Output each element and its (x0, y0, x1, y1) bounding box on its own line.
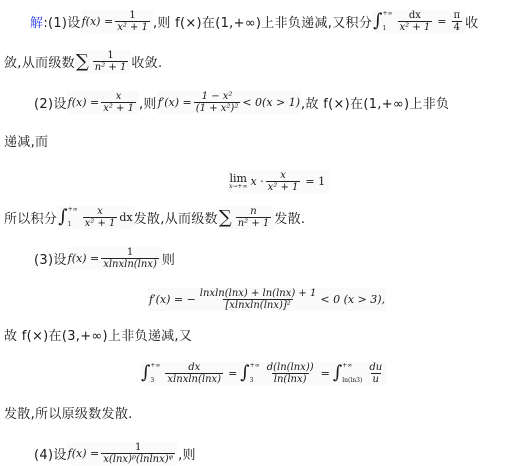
part2-limit-display: lim x→+∞ x · x x² + 1 = 1 (228, 166, 329, 196)
part1-sum-formula: ∑ 1 n² + 1 (75, 50, 131, 73)
part2-line2: 递减,而 (4, 128, 48, 152)
sum-icon: ∑ (219, 207, 232, 228)
part2-line1: (2)设 f(x) = x x² + 1 ,则 f′(x) = 1 − x² (… (34, 86, 449, 118)
part4-fx-formula: f(x) = 1 x(lnx)ᵖ(lnlnx)ᵠ (67, 442, 178, 465)
part3-line3: 故 f(×)在(3,+∞)上非负递减,又 (4, 322, 192, 346)
part2-sum-formula: ∑ n n² + 1 (218, 206, 274, 229)
integral-icon: ∫ (58, 208, 67, 226)
part3-fx-formula: f(x) = 1 xlnxln(lnx) (67, 247, 162, 270)
integral-icon: ∫ (141, 364, 150, 382)
part1-fx-formula: f(x) = 1 x² + 1 (81, 10, 153, 33)
integral-icon: ∫ (240, 364, 249, 382)
part3-integral-chain: ∫ +∞ 3 dx xlnxln(lnx) = ∫ +∞ 3 d(ln(lnx)… (140, 358, 387, 388)
integral-icon: ∫ (333, 364, 342, 382)
part1-line1-end: 收 (465, 12, 478, 31)
part3-derivative-display: f′(x) = − lnxln(lnx) + ln(lnx) + 1 [xlnx… (148, 283, 386, 315)
part1-line2: 敛,从而级数 ∑ 1 n² + 1 收敛. (4, 46, 162, 76)
part2-fx-formula: f(x) = x x² + 1 (67, 91, 139, 114)
solution-label: 解 (30, 12, 43, 31)
part3-line1: (3)设 f(x) = 1 xlnxln(lnx) 则 (34, 243, 175, 273)
sum-icon: ∑ (76, 51, 89, 72)
part3-derivative-formula: f′(x) = − lnxln(lnx) + ln(lnx) + 1 [xlnx… (148, 288, 386, 311)
part2-derivative-formula: f′(x) = 1 − x² (1 + x²)² < 0(x > 1) (157, 91, 301, 114)
limit-formula: lim x→+∞ x · x x² + 1 = 1 (228, 170, 329, 193)
part2-integral-formula: ∫ +∞ 1 x x² + 1 dx (57, 206, 133, 229)
part1-prefix: :(1)设 (43, 12, 80, 31)
part4-line1: (4)设 f(x) = 1 x(lnx)ᵖ(lnlnx)ᵠ ,则 (34, 438, 196, 468)
part1-then-text: ,则 f(×)在(1,+∞)上非负递减,又积分 (153, 12, 372, 31)
part2-line4: 所以积分 ∫ +∞ 1 x x² + 1 dx 发散,从而级数 ∑ n n² +… (4, 202, 305, 232)
integral-icon: ∫ (373, 12, 382, 30)
part1-integral-formula: ∫ +∞ 1 dx x² + 1 = π 4 (372, 10, 465, 33)
integral-chain-formula: ∫ +∞ 3 dx xlnxln(lnx) = ∫ +∞ 3 d(ln(lnx)… (140, 362, 387, 385)
part1-line1: 解 :(1)设 f(x) = 1 x² + 1 ,则 f(×)在(1,+∞)上非… (30, 6, 478, 36)
part3-line5: 发散,所以原级数发散. (4, 400, 133, 424)
